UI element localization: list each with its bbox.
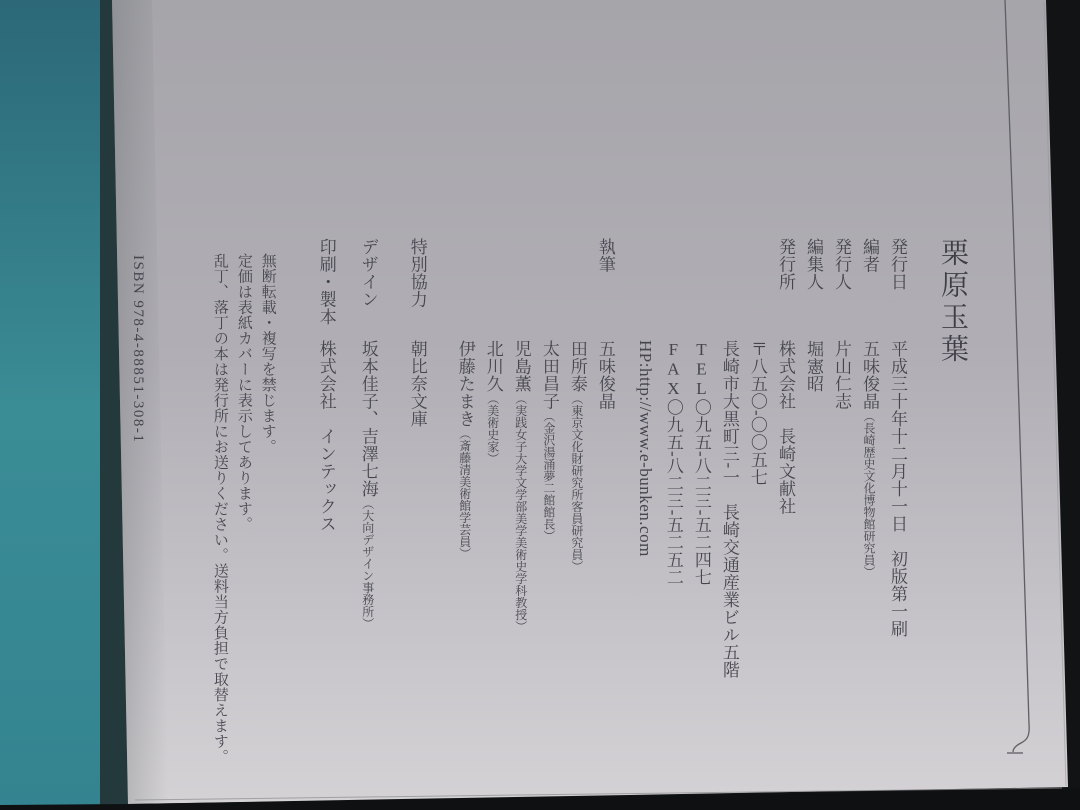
special-cooperation-value: 朝比奈文庫 [408,340,427,428]
design-value: 坂本佳子、吉澤七海 [359,340,378,498]
writers-column-1: 執筆五味俊晶 [596,238,614,786]
postal-code-column: 〒八五〇-〇〇五七 [748,238,766,786]
book-title: 栗原玉葉 [938,238,966,786]
design-label: デザイン [359,238,377,340]
writers-column-6: 伊藤たまき（斎藤清美術館学芸員） [456,238,474,786]
special-cooperation-column: 特別協力朝比奈文庫 [408,238,426,786]
writer-name: 田所泰 [568,340,587,393]
issuer-label: 発行人 [832,238,850,340]
fax-column: FAX〇九五-八二三-五二五二 [664,238,682,786]
writer-name: 太田昌子 [540,340,559,410]
editor-name: 五味俊晶 [860,340,879,410]
special-cooperation-label: 特別協力 [408,238,426,340]
writer-name: 児島薫 [512,340,531,393]
book-photo: 栗原玉葉 発行日平成三十年十二月十一日 初版第一刷 編者五味俊晶（長崎歴史文化博… [0,0,1080,810]
address-column: 長崎市大黒町三-一 長崎交通産業ビル五階 [720,238,738,786]
design-note: （大向デザイン事務所） [361,498,375,630]
design-column: デザイン坂本佳子、吉澤七海（大向デザイン事務所） [359,238,377,786]
writer-name: 伊藤たまき [456,340,475,428]
printing-value: 株式会社 インテックス [317,340,336,533]
writer-name: 五味俊晶 [596,340,615,410]
website-column: HP:http://www.e-bunken.com [636,238,654,786]
chief-editor-label: 編集人 [804,238,822,340]
writer-note: （美術史家） [486,393,500,465]
publication-date-column: 発行日平成三十年十二月十一日 初版第一刷 [888,238,906,786]
colophon: 栗原玉葉 発行日平成三十年十二月十一日 初版第一刷 編者五味俊晶（長崎歴史文化博… [129,238,966,786]
writer-note: （金沢湯涌夢二館館長） [542,410,556,542]
fax-number: 〇九五-八二三-五二五二 [664,399,683,586]
isbn: ISBN 978-4-88851-308-1 [129,238,145,786]
tel-number: 〇九五-八二三-五二四七 [692,399,711,586]
publication-date-label: 発行日 [888,238,906,340]
writer-note: （東京文化財研究所客員研究員） [570,393,584,573]
notice-defective-copies: 乱丁、落丁の本は発行所にお送りください。送料当方負担で取替えます。 [211,238,227,786]
writer-note: （斎藤清美術館学芸員） [458,428,472,560]
issuer-name: 片山仁志 [832,340,851,410]
publication-date-value: 平成三十年十二月十一日 初版第一刷 [888,340,907,638]
printing-label: 印刷・製本 [317,238,335,340]
writer-name: 北川久 [484,340,503,393]
writers-label: 執筆 [596,238,614,340]
printing-column: 印刷・製本株式会社 インテックス [317,238,335,786]
writers-column-5: 北川久（美術史家） [484,238,502,786]
publisher-label: 発行所 [776,238,794,340]
writers-column-3: 太田昌子（金沢湯涌夢二館館長） [540,238,558,786]
tel-label: TEL [692,340,711,399]
editor-column: 編者五味俊晶（長崎歴史文化博物館研究員） [860,238,878,786]
notice-price: 定価は表紙カバーに表示してあります。 [235,238,251,786]
notice-no-reproduction: 無断転載・複写を禁じます。 [259,238,275,786]
issuer-column: 発行人片山仁志 [832,238,850,786]
publisher-column: 発行所株式会社 長崎文献社 [776,238,794,786]
fax-label: FAX [664,340,683,399]
publisher-name: 株式会社 長崎文献社 [776,340,795,515]
tel-column: TEL〇九五-八二三-五二四七 [692,238,710,786]
writers-column-4: 児島薫（実践女子大学文学部美学美術史学科教授） [512,238,530,786]
writer-note: （実践女子大学文学部美学美術史学科教授） [514,393,528,633]
chief-editor-column: 編集人堀憲昭 [804,238,822,786]
writers-column-2: 田所泰（東京文化財研究所客員研究員） [568,238,586,786]
chief-editor-name: 堀憲昭 [804,340,823,393]
editor-label: 編者 [860,238,878,340]
editor-note: （長崎歴史文化博物館研究員） [862,410,876,578]
